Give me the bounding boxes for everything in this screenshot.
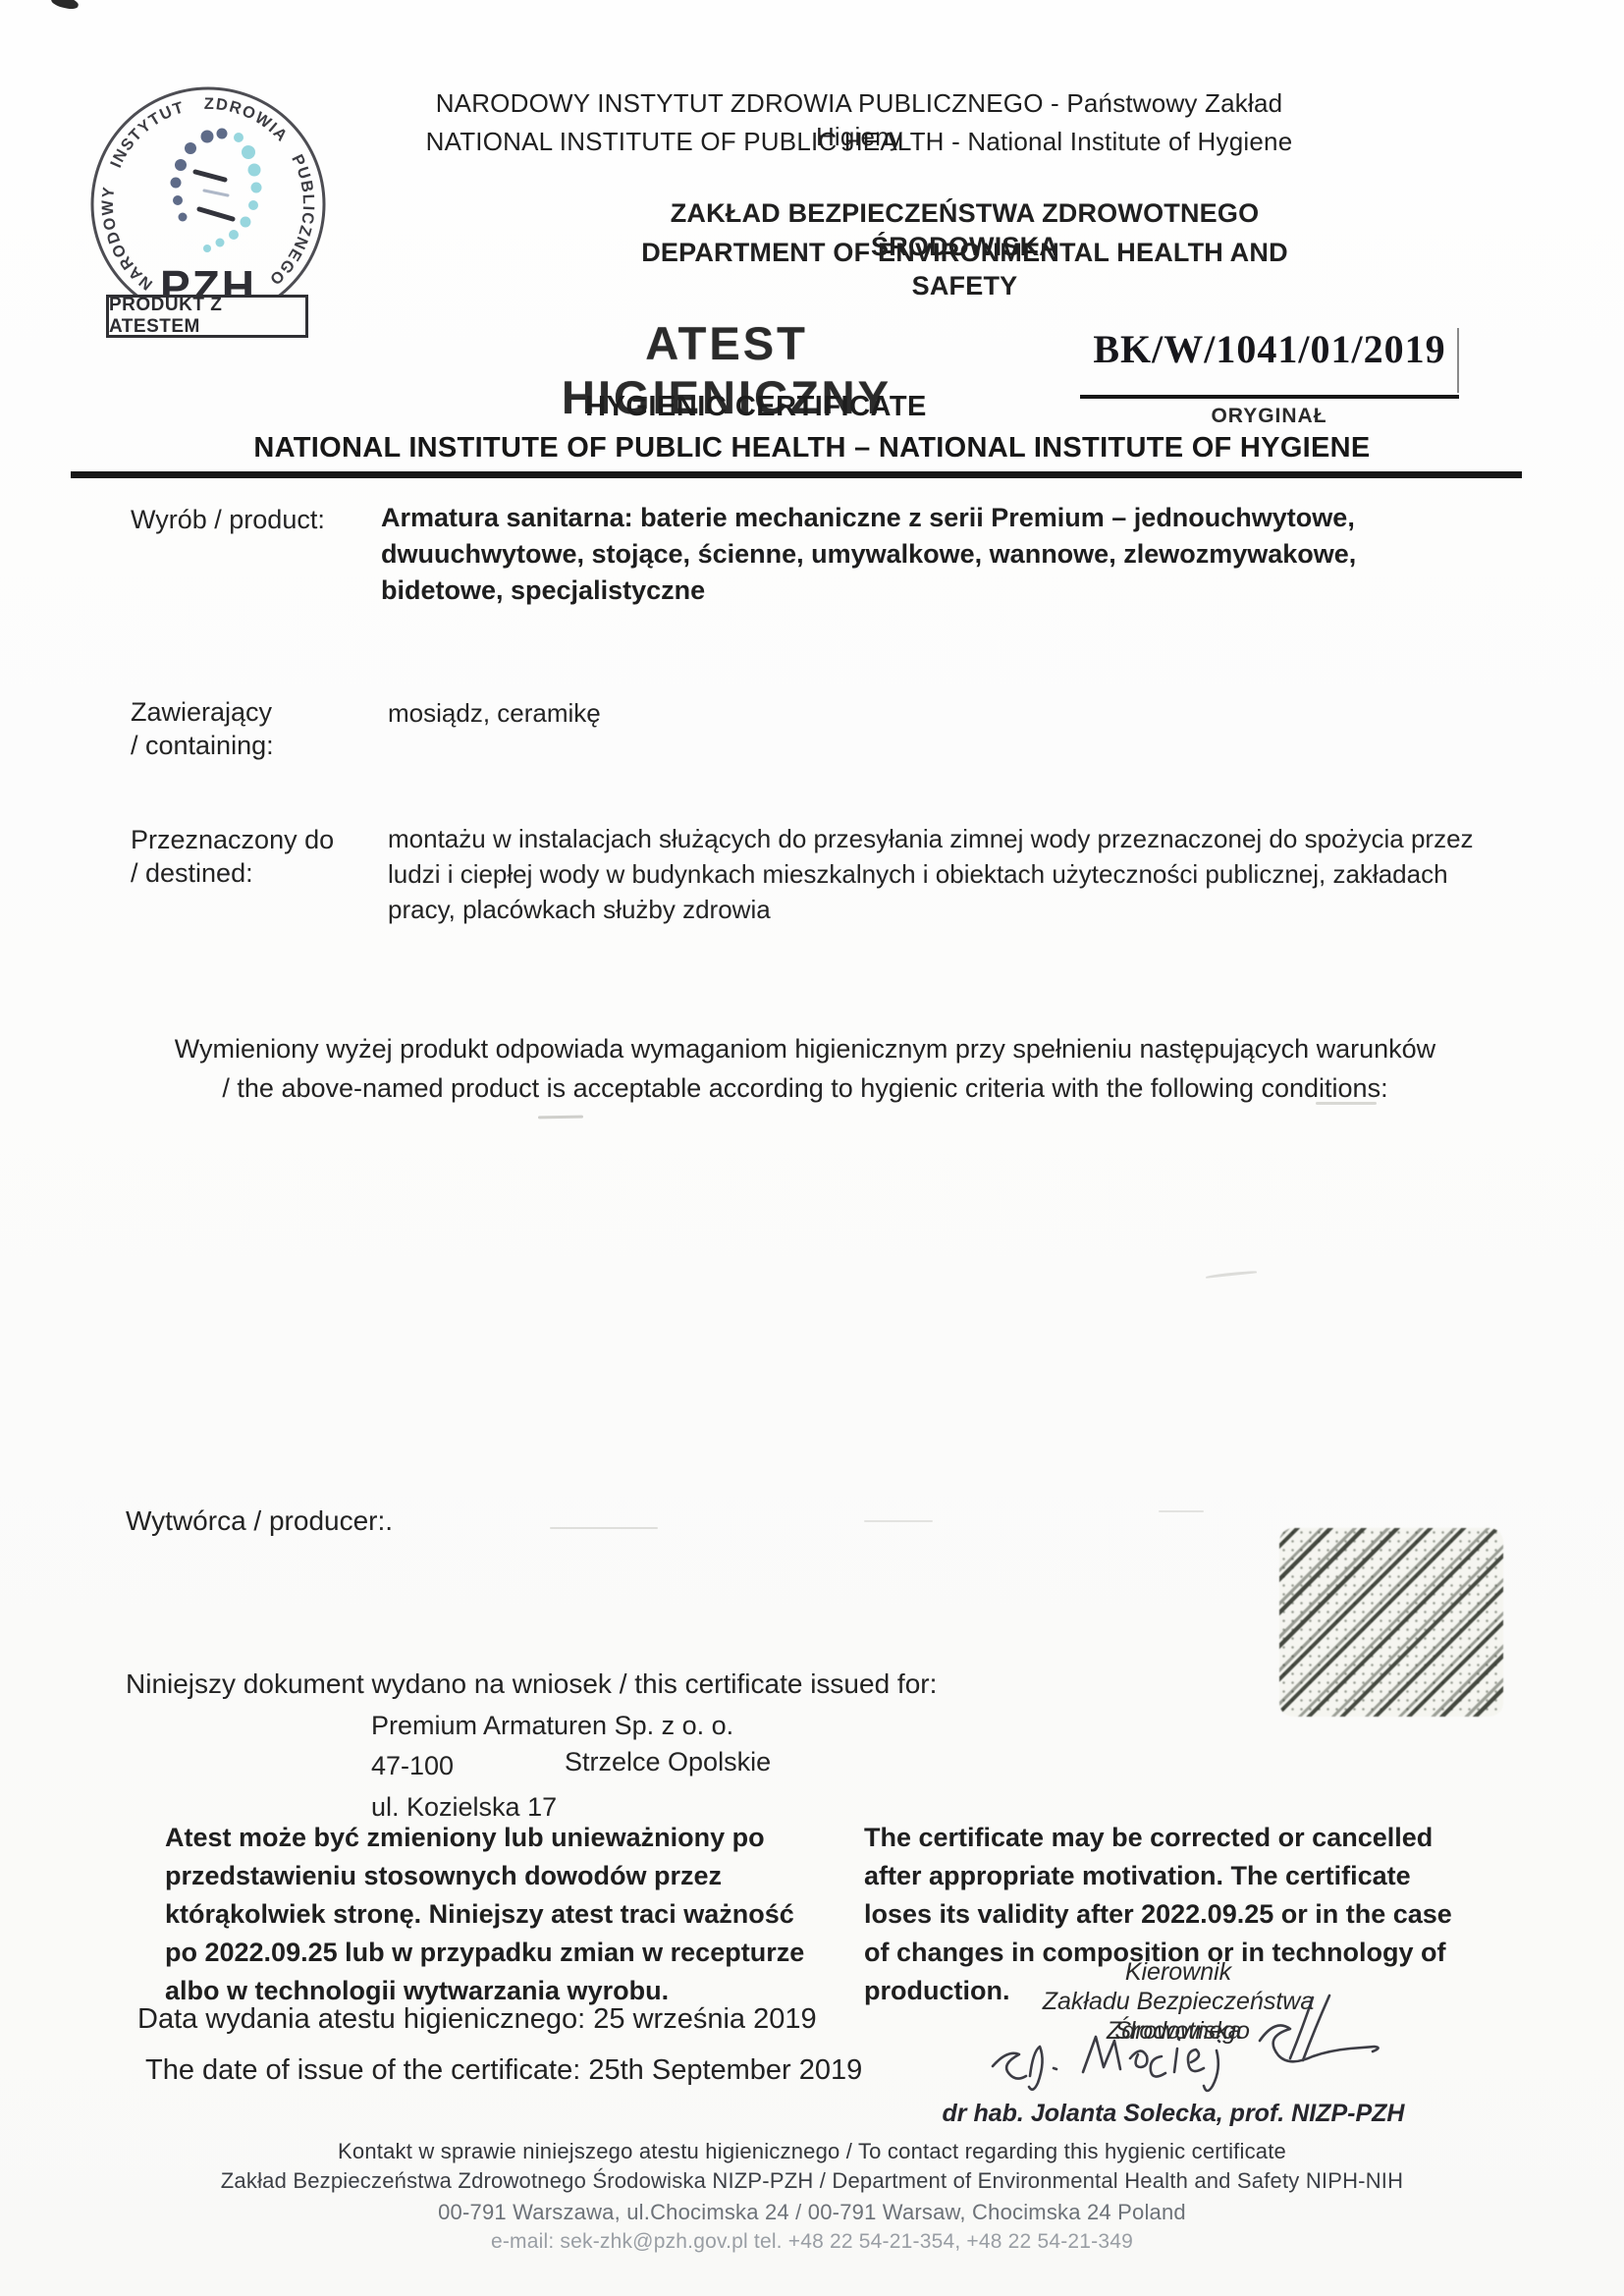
footer-contact-line: Kontakt w sprawie niniejszego atestu hig… <box>76 2137 1548 2166</box>
issued-for-company: Premium Armaturen Sp. z o. o. <box>371 1709 733 1742</box>
scan-artifact <box>1316 1102 1377 1105</box>
copy-type-label: ORYGINAŁ <box>1168 405 1370 428</box>
seal-banner: PRODUKT Z ATESTEM <box>106 295 308 338</box>
certificate-number: BK/W/1041/01/2019 <box>1083 326 1456 372</box>
certificate-number-edge <box>1457 328 1459 393</box>
issued-for-label: Niniejszy dokument wydano na wniosek / t… <box>126 1667 937 1701</box>
signature-role-line1: Kierownik <box>972 1957 1384 1987</box>
scan-artifact <box>1159 1510 1204 1512</box>
scan-artifact <box>864 1520 933 1522</box>
containing-label-en: / containing: <box>131 729 274 762</box>
footer-address-line: 00-791 Warszawa, ul.Chocimska 24 / 00-79… <box>76 2198 1548 2227</box>
obscured-stamp <box>1279 1528 1503 1717</box>
scan-artifact <box>1206 1270 1257 1278</box>
institute-full-line: NATIONAL INSTITUTE OF PUBLIC HEALTH – NA… <box>88 432 1536 465</box>
issued-for-city: Strzelce Opolskie <box>565 1745 771 1778</box>
certificate-number-underline <box>1080 395 1459 399</box>
validity-paragraph-pl: Atest może być zmieniony lub unieważnion… <box>165 1819 813 2010</box>
product-label: Wyrób / product: <box>131 503 325 536</box>
destined-label-en: / destined: <box>131 856 253 890</box>
issued-for-postal-code: 47-100 <box>371 1749 454 1782</box>
issue-date-pl: Data wydania atestu higienicznego: 25 wr… <box>137 2003 817 2036</box>
producer-label: Wytwórca / producer:. <box>126 1504 393 1538</box>
product-value: Armatura sanitarna: baterie mechaniczne … <box>381 500 1441 609</box>
signature-name: dr hab. Jolanta Solecka, prof. NIZP-PZH <box>913 2100 1434 2128</box>
scan-artifact <box>550 1527 658 1529</box>
handwritten-signature <box>967 1994 1389 2106</box>
title-divider-rule <box>71 471 1522 478</box>
conditions-line-pl: Wymieniony wyżej produkt odpowiada wymag… <box>93 1029 1517 1068</box>
header-institute-en: NATIONAL INSTITUTE OF PUBLIC HEALTH - Na… <box>393 125 1326 158</box>
scan-artifact <box>538 1116 583 1120</box>
header-department-en: DEPARTMENT OF ENVIRONMENTAL HEALTH AND S… <box>594 236 1335 302</box>
issue-date-en: The date of issue of the certificate: 25… <box>145 2054 862 2087</box>
containing-value: mosiądz, ceramikę <box>388 695 1448 731</box>
destined-value: montażu w instalacjach służących do prze… <box>388 821 1497 927</box>
containing-label-pl: Zawierający <box>131 695 272 729</box>
seal-slash-faint <box>204 191 228 195</box>
footer-department-line: Zakład Bezpieczeństwa Zdrowotnego Środow… <box>76 2166 1548 2196</box>
certificate-title-en: HYGIENIC CERTIFICATE <box>545 391 967 423</box>
seal-banner-label: PRODUKT Z ATESTEM <box>109 295 305 338</box>
footer-email-phone-line: e-mail: sek-zhk@pzh.gov.pl tel. +48 22 5… <box>76 2227 1548 2257</box>
conditions-line-en: / the above-named product is acceptable … <box>93 1068 1517 1108</box>
scan-artifact <box>50 0 80 11</box>
certificate-page: NARODOWY INSTYTUT ZDROWIA PUBLICZNEGO PZ… <box>0 0 1624 2296</box>
destined-label-pl: Przeznaczony do <box>131 823 334 856</box>
